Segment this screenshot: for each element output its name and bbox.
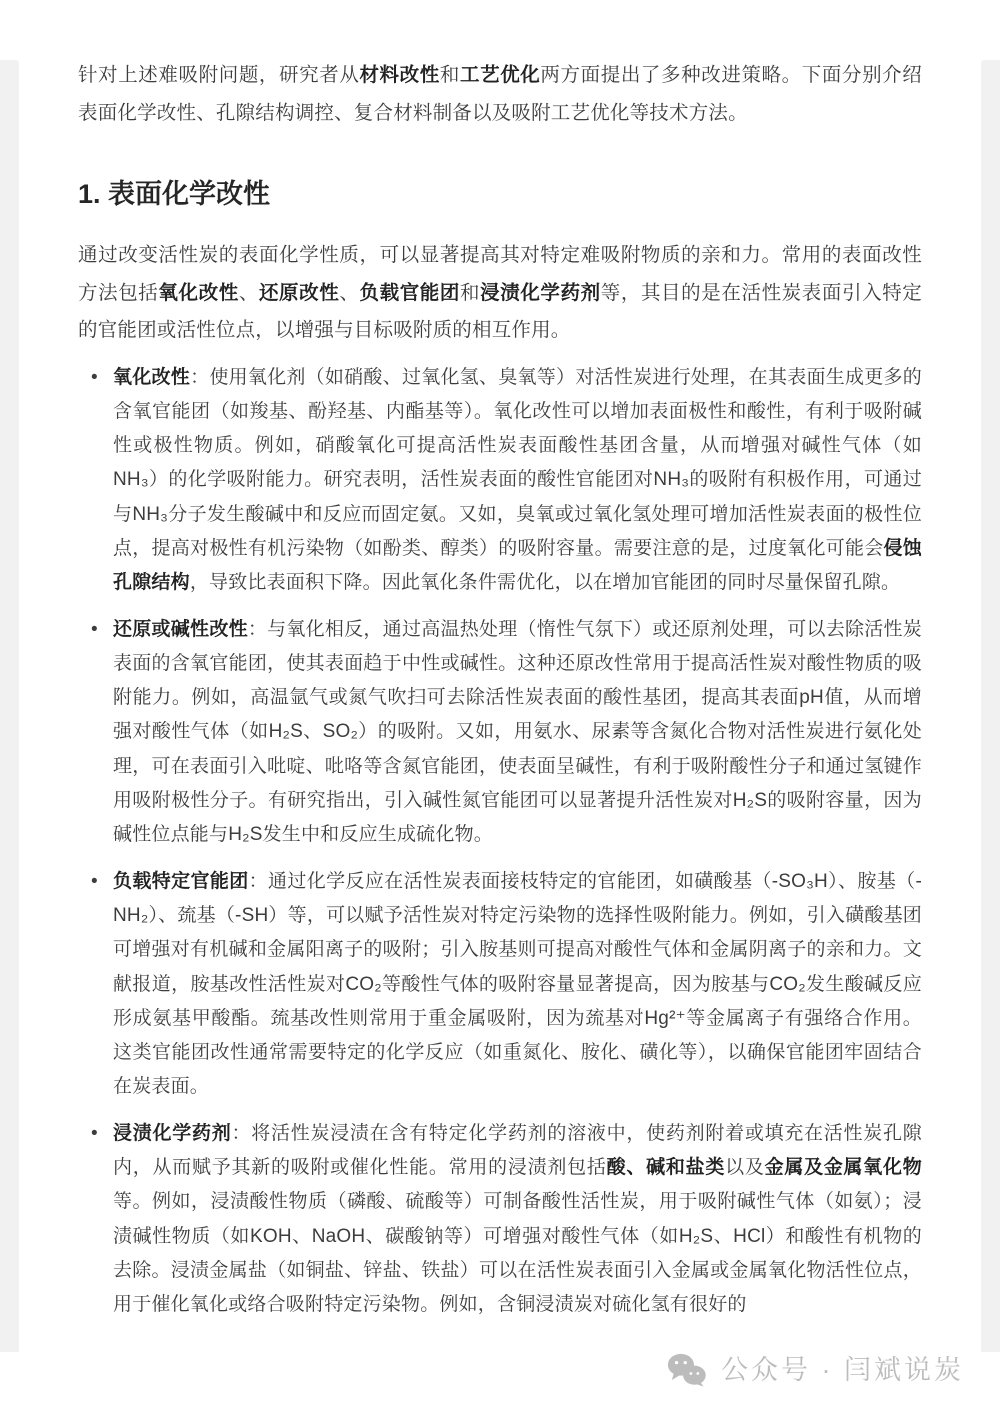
text-run: 等。例如，浸渍酸性物质（磷酸、硫酸等）可制备酸性活性炭，用于吸附碱性气体（如氨）… (113, 1191, 922, 1315)
bold-text-run: 金属及金属氧化物 (765, 1157, 922, 1178)
page-left-gutter (0, 60, 19, 1352)
bold-text-run: 工艺优化 (460, 64, 540, 86)
bold-text-run: 还原或碱性改性 (113, 619, 248, 640)
bold-text-run: 酸、碱和盐类 (607, 1157, 725, 1178)
document-content: 针对上述难吸附问题，研究者从材料改性和工艺优化两方面提出了多种改进策略。下面分别… (78, 0, 922, 1335)
text-run: ：使用氧化剂（如硝酸、过氧化氢、臭氧等）对活性炭进行处理，在其表面生成更多的含氧… (113, 367, 922, 559)
section-heading: 1. 表面化学改性 (78, 174, 922, 214)
bold-text-run: 还原改性 (259, 282, 339, 304)
text-run: ：通过化学反应在活性炭表面接枝特定的官能团，如磺酸基（-SO₃H）、胺基（-NH… (113, 871, 922, 1098)
text-run: 针对上述难吸附问题，研究者从 (78, 64, 359, 86)
list-item-oxidation: 氧化改性：使用氧化剂（如硝酸、过氧化氢、臭氧等）对活性炭进行处理，在其表面生成更… (113, 361, 922, 601)
text-run: ：与氧化相反，通过高温热处理（惰性气氛下）或还原剂处理，可以去除活性炭表面的含氧… (113, 619, 922, 846)
text-run: 和 (460, 282, 480, 304)
bold-text-run: 负载官能团 (359, 282, 460, 304)
bold-text-run: 负载特定官能团 (113, 871, 249, 892)
section-lead-paragraph: 通过改变活性炭的表面化学性质，可以显著提高其对特定难吸附物质的亲和力。常用的表面… (78, 237, 922, 350)
bold-text-run: 材料改性 (359, 64, 439, 86)
intro-paragraph: 针对上述难吸附问题，研究者从材料改性和工艺优化两方面提出了多种改进策略。下面分别… (78, 57, 922, 132)
list-item-impregnation: 浸渍化学药剂：将活性炭浸渍在含有特定化学药剂的溶液中，使药剂附着或填充在活性炭孔… (113, 1117, 922, 1323)
bold-text-run: 浸渍化学药剂 (480, 282, 601, 304)
bold-text-run: 氧化改性 (158, 282, 238, 304)
text-run: ，导致比表面积下降。因此氧化条件需优化，以在增加官能团的同时尽量保留孔隙。 (190, 572, 900, 593)
list-item-reduction: 还原或碱性改性：与氧化相反，通过高温热处理（惰性气氛下）或还原剂处理，可以去除活… (113, 613, 922, 853)
text-run: 、 (239, 282, 259, 304)
text-run: 和 (440, 64, 460, 86)
page-right-gutter (981, 60, 1000, 1352)
wechat-watermark: 公众号 · 闫斌说炭 (667, 1352, 964, 1388)
text-run: 、 (339, 282, 359, 304)
modification-methods-list: 氧化改性：使用氧化剂（如硝酸、过氧化氢、臭氧等）对活性炭进行处理，在其表面生成更… (78, 361, 922, 1323)
wechat-watermark-label: 公众号 · 闫斌说炭 (721, 1352, 964, 1388)
bold-text-run: 氧化改性 (113, 367, 190, 388)
wechat-icon (667, 1353, 707, 1387)
text-run: 以及 (725, 1157, 765, 1178)
bold-text-run: 浸渍化学药剂 (113, 1123, 231, 1144)
list-item-functional-groups: 负载特定官能团：通过化学反应在活性炭表面接枝特定的官能团，如磺酸基（-SO₃H）… (113, 865, 922, 1105)
